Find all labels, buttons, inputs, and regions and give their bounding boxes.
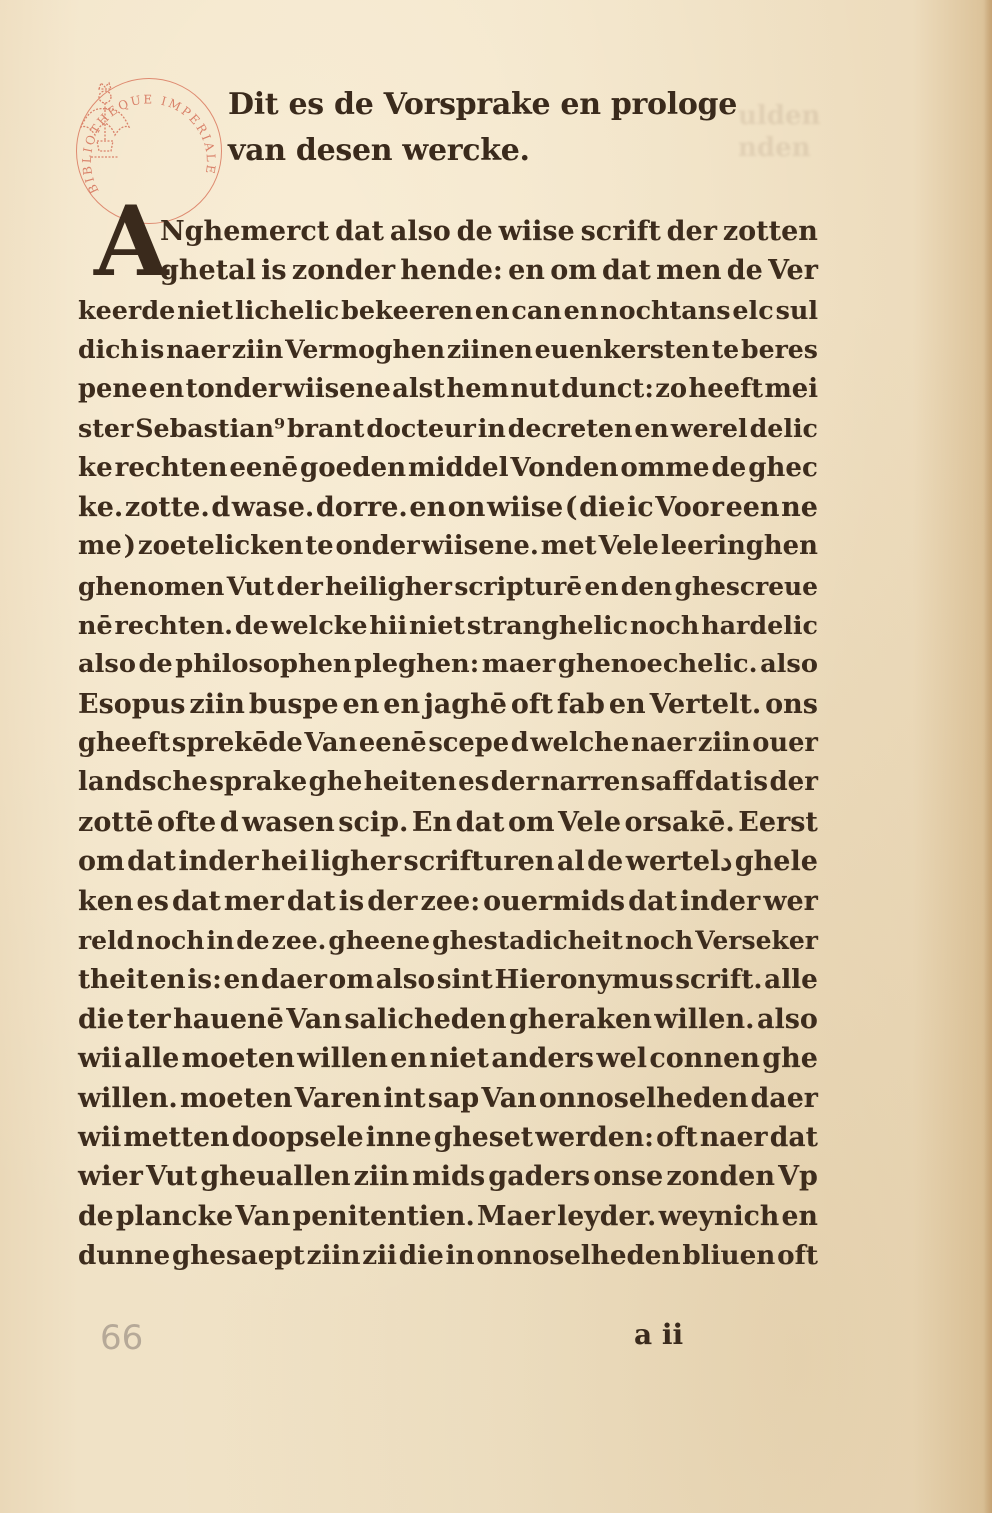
word: der	[667, 212, 717, 251]
word: jaghē	[424, 685, 507, 724]
text-line: dieterhauenēVansalichedengherakenwillen.…	[78, 1000, 818, 1039]
word: scrifturen	[404, 842, 555, 881]
word: de	[236, 921, 269, 960]
word: scrift	[581, 212, 661, 251]
word: maer	[482, 645, 556, 684]
word: es	[458, 763, 489, 802]
word: en	[223, 960, 259, 999]
word: en	[508, 251, 545, 290]
word: naer	[631, 724, 696, 763]
text-line: ghenomenVutderheiligherscripturēendenghe…	[78, 567, 818, 606]
word: de	[78, 1197, 114, 1236]
word: een	[726, 488, 780, 527]
word: ziin	[698, 724, 751, 763]
word: hii	[369, 606, 407, 645]
word: penitentien.	[293, 1197, 475, 1236]
word: wiisene.	[422, 527, 539, 566]
word: die	[78, 1000, 124, 1039]
word: ke	[78, 448, 113, 487]
word: Nghemerct	[160, 212, 329, 251]
word: theit	[78, 960, 148, 999]
word: hardelic	[701, 606, 818, 645]
word: En	[412, 803, 452, 842]
word: ghestadicheit	[432, 921, 623, 960]
word: Vertelt.	[650, 685, 762, 724]
word: Varen	[295, 1079, 382, 1118]
word: landsche	[78, 763, 208, 802]
word: zoetelicken	[138, 527, 303, 566]
word: also	[390, 212, 451, 251]
word: der	[367, 882, 417, 921]
word: dorre.	[316, 488, 408, 527]
word: )	[124, 527, 136, 566]
word: en	[475, 291, 510, 330]
word: Vele	[558, 803, 621, 842]
word: oft	[656, 1118, 698, 1157]
word: Vonden	[510, 448, 618, 487]
word: dat	[695, 763, 742, 802]
word: werden:	[535, 1118, 654, 1157]
text-line: reldnochindezee.gheeneghestadicheitnochV…	[78, 921, 818, 960]
word: euenkersten	[535, 330, 710, 369]
word: goeden	[300, 448, 406, 487]
word: reld	[78, 921, 134, 960]
word: niet	[429, 1039, 489, 1078]
word: ghele	[735, 842, 818, 881]
word: men	[656, 251, 721, 290]
text-line: ghetaliszonderhende:enomdatmendeVer	[78, 251, 818, 290]
text-line: dichisnaerziinVermoghenziineneuenkersten…	[78, 330, 818, 369]
word: naer	[700, 1118, 768, 1157]
word: dat	[172, 882, 221, 921]
word: gheene	[328, 921, 430, 960]
word: (	[565, 488, 578, 527]
word: hauenē	[173, 1000, 284, 1039]
word: met	[541, 527, 597, 566]
word: gaders	[488, 1157, 590, 1196]
word: en	[150, 960, 186, 999]
word: en	[782, 1197, 818, 1236]
word: Vermoghen	[285, 330, 445, 369]
word: ic	[627, 488, 654, 527]
word: ouer	[752, 724, 818, 763]
word: ne	[781, 488, 818, 527]
word: de	[711, 448, 746, 487]
word: is	[744, 763, 769, 802]
text-line: wiimettendoopseleinneghesetwerden:oftnae…	[78, 1118, 818, 1157]
word: Vut	[227, 567, 274, 606]
word: saff	[641, 763, 694, 802]
word: ster	[78, 409, 133, 448]
word: omme	[620, 448, 709, 487]
word: en	[564, 291, 599, 330]
word: die	[579, 488, 625, 527]
signature-mark: a ii	[634, 1318, 683, 1351]
word: hei	[261, 842, 308, 881]
word: dat	[127, 842, 176, 881]
word: heiligher	[325, 567, 452, 606]
word: om	[550, 251, 597, 290]
word: bliuen	[682, 1236, 775, 1275]
word: te	[712, 330, 740, 369]
word: ghe	[762, 1039, 818, 1078]
word: eenē	[359, 724, 427, 763]
text-line: Nghemerctdatalsodewiisescriftderzotten	[78, 212, 818, 251]
word: nē	[78, 606, 113, 645]
word: brant	[287, 409, 364, 448]
word: mer	[224, 882, 284, 921]
word: scripturē	[454, 567, 582, 606]
word: onder	[336, 527, 420, 566]
word: delic	[750, 409, 818, 448]
word: de	[235, 606, 269, 645]
text-line: peneentonderwiisenealsthemnutdunct:zohee…	[78, 370, 818, 409]
word: ghetal	[160, 251, 256, 290]
word: gheset	[434, 1118, 533, 1157]
word: scip.	[338, 803, 408, 842]
text-line: alsodephilosophenpleghen:maerghenoecheli…	[78, 645, 818, 684]
word: anders	[491, 1039, 594, 1078]
word: Verseker	[695, 921, 818, 960]
word: de	[587, 842, 623, 881]
word: ghec	[748, 448, 818, 487]
word: ghesaept	[172, 1236, 305, 1275]
word: om	[508, 803, 555, 842]
word: wiise	[487, 488, 563, 527]
text-line: wierVutgheuallenziinmidsgadersonsezonden…	[78, 1157, 818, 1196]
word: wasen	[242, 803, 335, 842]
word: zee:	[421, 882, 481, 921]
crowned-eagle-icon	[77, 79, 133, 163]
word: en	[634, 409, 668, 448]
word: ziin	[189, 685, 244, 724]
word: Vele	[598, 527, 658, 566]
word: ken	[78, 882, 134, 921]
word: es	[137, 882, 169, 921]
word: mids	[412, 1157, 485, 1196]
word: sul	[776, 291, 818, 330]
word: nochtans	[600, 291, 730, 330]
word: inder	[178, 842, 258, 881]
page-heading: Dit es de Vorsprake en prologe van desen…	[228, 82, 737, 174]
word: noch	[630, 606, 699, 645]
word: also	[760, 645, 818, 684]
word: en	[609, 685, 646, 724]
word: gheraken	[509, 1000, 652, 1039]
word: willen.	[78, 1079, 178, 1118]
word: ghe	[309, 763, 363, 802]
word: elc	[732, 291, 773, 330]
word: in	[478, 409, 506, 448]
word: inne	[366, 1118, 432, 1157]
word: mei	[765, 370, 818, 409]
text-line: wiiallemoetenwillenennietanderswelconnen…	[78, 1039, 818, 1078]
word: al	[557, 842, 585, 881]
word: dat	[602, 251, 651, 290]
word: hem	[447, 370, 509, 409]
word: Van	[235, 1197, 290, 1236]
word: dat	[335, 212, 384, 251]
word: gheuallen	[200, 1157, 350, 1196]
word: wer	[763, 882, 818, 921]
word: ziin	[307, 1236, 361, 1275]
word: ouermids	[483, 882, 625, 921]
word: Van	[286, 1000, 342, 1039]
word: sprake	[209, 763, 307, 802]
word: fab	[557, 685, 605, 724]
word: en	[390, 1039, 427, 1078]
word: zee.	[272, 921, 327, 960]
word: keerde	[78, 291, 175, 330]
word: scepe	[428, 724, 509, 763]
word: orsakē.	[625, 803, 735, 842]
word: salicheden	[344, 1000, 506, 1039]
word: welcke	[271, 606, 368, 645]
word: hende:	[400, 251, 502, 290]
word: on	[448, 488, 486, 527]
word: scrift.	[675, 960, 762, 999]
word: dat	[456, 803, 505, 842]
word: leyder.	[557, 1197, 656, 1236]
word: leeringhen	[661, 527, 818, 566]
word: wertelد	[626, 842, 733, 881]
word: wiise	[499, 212, 575, 251]
word: Hieronymus	[494, 960, 673, 999]
word: in	[206, 921, 234, 960]
word: die	[399, 1236, 444, 1275]
word: metten	[123, 1118, 229, 1157]
word: naer	[166, 330, 230, 369]
word: docteur	[366, 409, 475, 448]
word: zo	[655, 370, 687, 409]
word: dat	[770, 1118, 818, 1157]
word: oft	[777, 1236, 818, 1275]
text-line: EsopusziinbuspeenenjaghēoftfabenVertelt.…	[78, 685, 818, 724]
word: en	[409, 488, 446, 527]
word: buspe	[249, 685, 339, 724]
word: zotte.	[125, 488, 210, 527]
word: in	[446, 1236, 475, 1275]
word: ghenomen	[78, 567, 224, 606]
word: daer	[261, 960, 327, 999]
word: te	[305, 527, 333, 566]
word: weynich	[659, 1197, 780, 1236]
word: Voor	[655, 488, 724, 527]
word: dat	[287, 882, 336, 921]
word: ziinen	[447, 330, 533, 369]
word: philosophen	[175, 645, 351, 684]
word: om	[329, 960, 374, 999]
word: tonder	[186, 370, 282, 409]
text-line: landschesprakegheheitenesdernarrensaffda…	[78, 763, 818, 802]
word: can	[511, 291, 561, 330]
word: ghescreue	[675, 567, 818, 606]
word: ke.	[78, 488, 123, 527]
word: en	[343, 685, 380, 724]
word: moeten	[180, 1079, 293, 1118]
pencil-folio-note: 66	[100, 1318, 143, 1358]
text-line: omdatinderheiligherscrifturenaldewertelد…	[78, 842, 818, 881]
word: Esopus	[78, 685, 186, 724]
word: der	[276, 567, 322, 606]
word: zotten	[723, 212, 818, 251]
word: onnoselheden	[539, 1079, 748, 1118]
word: zonden	[666, 1157, 775, 1196]
word: Sebastian⁹	[135, 409, 285, 448]
word: ghenoechelic.	[558, 645, 758, 684]
word: om	[78, 842, 125, 881]
word: alst	[392, 370, 445, 409]
word: alle	[124, 1039, 179, 1078]
word: wase.	[232, 488, 315, 527]
heading-line: Dit es de Vorsprake en prologe	[228, 82, 737, 128]
text-line: deplanckeVanpenitentien.Maerleyder.weyni…	[78, 1197, 818, 1236]
word: sint	[437, 960, 493, 999]
word: d	[511, 724, 529, 763]
word: niet	[177, 291, 233, 330]
word: en	[383, 685, 420, 724]
word: inder	[680, 882, 760, 921]
page-edge	[984, 0, 992, 1513]
word: is	[141, 330, 165, 369]
word: ziin	[354, 1157, 409, 1196]
word: Vut	[146, 1157, 197, 1196]
text-line: gheeftsprekēdeVaneenēscepedwelchenaerzii…	[78, 724, 818, 763]
word: willen.	[654, 1000, 754, 1039]
word: sap	[428, 1079, 479, 1118]
word: oft	[511, 685, 553, 724]
word: den	[621, 567, 672, 606]
word: lichelic	[235, 291, 339, 330]
word: Vp	[778, 1157, 818, 1196]
word: me	[78, 527, 122, 566]
word: noch	[625, 921, 693, 960]
word: rechten.	[115, 606, 234, 645]
word: Ver	[768, 251, 818, 290]
text-line: ke.zotte.dwase.dorre.enonwiise(dieicVoor…	[78, 488, 818, 527]
word: dunne	[78, 1236, 170, 1275]
word: is	[339, 882, 364, 921]
word: en	[149, 370, 184, 409]
word: int	[383, 1079, 425, 1118]
word: daer	[751, 1079, 818, 1118]
text-line: keerdenietlichelicbekeerenencanennochtan…	[78, 291, 818, 330]
word: moeten	[182, 1039, 295, 1078]
word: alle	[764, 960, 818, 999]
word: heiten	[364, 763, 457, 802]
word: nut	[510, 370, 559, 409]
word: gheeft	[78, 724, 170, 763]
word: plancke	[116, 1197, 233, 1236]
word: ligher	[311, 842, 401, 881]
word: onse	[593, 1157, 663, 1196]
word: wier	[78, 1157, 143, 1196]
word: ons	[765, 685, 818, 724]
word: onnoselheden	[476, 1236, 680, 1275]
word: zottē	[78, 803, 153, 842]
word: willen	[297, 1039, 388, 1078]
word: dunct:	[561, 370, 654, 409]
word: dat	[628, 882, 677, 921]
word: wii	[78, 1118, 121, 1157]
word: is	[261, 251, 286, 290]
word: dich	[78, 330, 139, 369]
word: also	[376, 960, 435, 999]
word: sprekēde	[172, 724, 303, 763]
text-line: theitenis:endaeromalsosintHieronymusscri…	[78, 960, 818, 999]
text-line: kerechteneenēgoedenmiddelVondenommedeghe…	[78, 448, 818, 487]
word: pleghen:	[354, 645, 479, 684]
word: en	[584, 567, 618, 606]
word: decreten	[508, 409, 633, 448]
text-line: nērechten.dewelckehiinietstranghelicnoch…	[78, 606, 818, 645]
word: d	[220, 803, 239, 842]
text-line: dunneghesaeptziinziidieinonnoselhedenbli…	[78, 1236, 818, 1275]
word: also	[78, 645, 136, 684]
word: ziin	[232, 330, 284, 369]
text-line: kenesdatmerdatisderzee:ouermidsdatinderw…	[78, 882, 818, 921]
word: bekeeren	[341, 291, 473, 330]
word: rechten	[115, 448, 228, 487]
word: ter	[127, 1000, 171, 1039]
word: de	[727, 251, 763, 290]
word: connen	[649, 1039, 760, 1078]
word: welche	[530, 724, 629, 763]
word: de	[457, 212, 493, 251]
word: also	[757, 1000, 818, 1039]
heading-line: van desen wercke.	[228, 128, 737, 174]
word: eenē	[229, 448, 298, 487]
word: der	[491, 763, 539, 802]
body-text: Nghemerctdatalsodewiisescriftderzotten g…	[78, 212, 818, 1276]
word: wel	[596, 1039, 647, 1078]
word: pene	[78, 370, 148, 409]
word: Eerst	[738, 803, 818, 842]
bleed-through-text: ulden nden	[738, 100, 858, 210]
word: middel	[408, 448, 509, 487]
word: wiisene	[283, 370, 391, 409]
word: Van	[304, 724, 357, 763]
word: niet	[409, 606, 465, 645]
word: de	[138, 645, 172, 684]
word: Maer	[477, 1197, 555, 1236]
word: der	[769, 763, 817, 802]
word: doopsele	[232, 1118, 364, 1157]
word: beres	[741, 330, 818, 369]
word: is:	[187, 960, 222, 999]
word: werel	[671, 409, 748, 448]
text-line: willen.moetenVarenintsapVanonnoselhedend…	[78, 1079, 818, 1118]
word: d	[211, 488, 230, 527]
word: zii	[362, 1236, 397, 1275]
word: zonder	[292, 251, 395, 290]
word: ofte	[157, 803, 216, 842]
word: stranghelic	[467, 606, 628, 645]
word: narren	[541, 763, 640, 802]
word: Van	[481, 1079, 536, 1118]
text-line: sterSebastian⁹brantdocteurindecretenenwe…	[78, 409, 818, 448]
word: noch	[136, 921, 204, 960]
text-line: me)zoetelickenteonderwiisene.metVeleleer…	[78, 527, 818, 566]
text-line: zottēoftedwasenscip.EndatomVeleorsakē.Ee…	[78, 803, 818, 842]
word: heeft	[689, 370, 764, 409]
word: wii	[78, 1039, 122, 1078]
